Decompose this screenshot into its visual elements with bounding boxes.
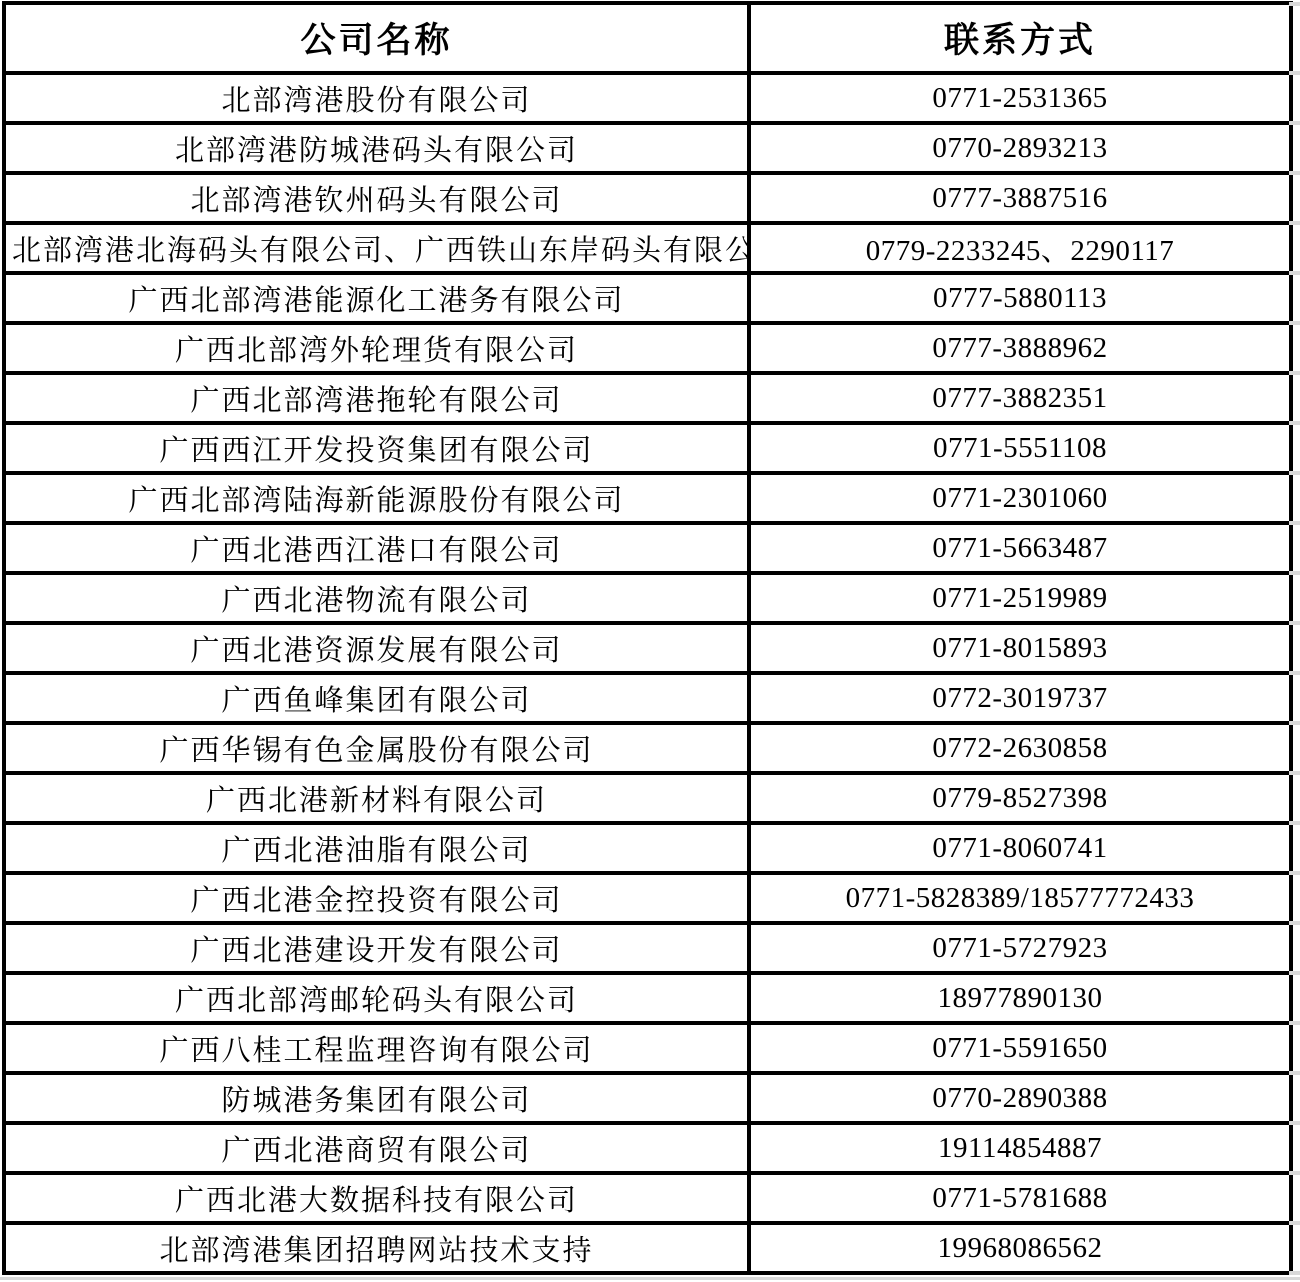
company-name-cell: 北部湾港股份有限公司 xyxy=(4,73,749,123)
table-row: 北部湾港股份有限公司 0771-2531365 xyxy=(4,73,1291,123)
table-row: 北部湾港北海码头有限公司、广西铁山东岸码头有限公司 0779-2233245、2… xyxy=(4,223,1291,273)
company-name-cell: 广西北港商贸有限公司 xyxy=(4,1123,749,1173)
table-row: 广西北港资源发展有限公司 0771-8015893 xyxy=(4,623,1291,673)
table-row: 北部湾港防城港码头有限公司 0770-2893213 xyxy=(4,123,1291,173)
table-row: 广西北部湾邮轮码头有限公司 18977890130 xyxy=(4,973,1291,1023)
company-name-column-header: 公司名称 xyxy=(4,3,749,73)
table-row: 广西北港建设开发有限公司 0771-5727923 xyxy=(4,923,1291,973)
company-name-cell: 广西北部湾港能源化工港务有限公司 xyxy=(4,273,749,323)
company-name-cell: 广西北港新材料有限公司 xyxy=(4,773,749,823)
table-row: 广西北港新材料有限公司 0779-8527398 xyxy=(4,773,1291,823)
contact-number-cell: 0771-5781688 xyxy=(749,1173,1291,1223)
table-row: 广西华锡有色金属股份有限公司 0772-2630858 xyxy=(4,723,1291,773)
company-name-cell: 北部湾港防城港码头有限公司 xyxy=(4,123,749,173)
company-name-cell: 广西北港油脂有限公司 xyxy=(4,823,749,873)
company-name-cell: 广西北部湾陆海新能源股份有限公司 xyxy=(4,473,749,523)
contact-table: 公司名称 联系方式 北部湾港股份有限公司 0771-2531365 北部湾港防城… xyxy=(2,1,1293,1275)
contact-number-cell: 0779-2233245、2290117 xyxy=(749,223,1291,273)
table-row: 广西鱼峰集团有限公司 0772-3019737 xyxy=(4,673,1291,723)
cropped-border-line-bottom xyxy=(0,1277,1300,1280)
contact-number-cell: 0771-2301060 xyxy=(749,473,1291,523)
table-row: 广西西江开发投资集团有限公司 0771-5551108 xyxy=(4,423,1291,473)
contact-number-cell: 19114854887 xyxy=(749,1123,1291,1173)
contact-number-cell: 18977890130 xyxy=(749,973,1291,1023)
contact-number-cell: 0777-3887516 xyxy=(749,173,1291,223)
contact-number-cell: 0770-2893213 xyxy=(749,123,1291,173)
contact-number-cell: 19968086562 xyxy=(749,1223,1291,1273)
company-name-cell: 广西北港金控投资有限公司 xyxy=(4,873,749,923)
contact-number-cell: 0771-8015893 xyxy=(749,623,1291,673)
company-name-cell: 广西鱼峰集团有限公司 xyxy=(4,673,749,723)
company-name-cell: 北部湾港集团招聘网站技术支持 xyxy=(4,1223,749,1273)
company-name-cell: 广西八桂工程监理咨询有限公司 xyxy=(4,1023,749,1073)
contact-number-cell: 0771-8060741 xyxy=(749,823,1291,873)
table-row: 广西北港油脂有限公司 0771-8060741 xyxy=(4,823,1291,873)
table-row: 广西北港西江港口有限公司 0771-5663487 xyxy=(4,523,1291,573)
company-name-cell: 广西北港资源发展有限公司 xyxy=(4,623,749,673)
company-name-cell: 广西北部湾邮轮码头有限公司 xyxy=(4,973,749,1023)
table-row: 广西北部湾陆海新能源股份有限公司 0771-2301060 xyxy=(4,473,1291,523)
table-row: 广西北港物流有限公司 0771-2519989 xyxy=(4,573,1291,623)
contact-number-cell: 0777-3882351 xyxy=(749,373,1291,423)
table-row: 广西北部湾外轮理货有限公司 0777-3888962 xyxy=(4,323,1291,373)
table-body: 北部湾港股份有限公司 0771-2531365 北部湾港防城港码头有限公司 07… xyxy=(4,73,1291,1273)
contact-number-cell: 0771-5727923 xyxy=(749,923,1291,973)
cropped-border-stub-top xyxy=(1289,2,1300,6)
header-row: 公司名称 联系方式 xyxy=(4,3,1291,73)
table-row: 广西北部湾港能源化工港务有限公司 0777-5880113 xyxy=(4,273,1291,323)
contact-number-cell: 0777-5880113 xyxy=(749,273,1291,323)
company-name-cell: 广西北部湾港拖轮有限公司 xyxy=(4,373,749,423)
contact-number-cell: 0771-2519989 xyxy=(749,573,1291,623)
company-name-cell: 广西北港大数据科技有限公司 xyxy=(4,1173,749,1223)
contact-number-cell: 0777-3888962 xyxy=(749,323,1291,373)
contact-number-cell: 0779-8527398 xyxy=(749,773,1291,823)
table-row: 广西八桂工程监理咨询有限公司 0771-5591650 xyxy=(4,1023,1291,1073)
company-name-cell: 广西北港物流有限公司 xyxy=(4,573,749,623)
company-name-cell: 北部湾港北海码头有限公司、广西铁山东岸码头有限公司 xyxy=(4,223,749,273)
company-name-cell: 广西北部湾外轮理货有限公司 xyxy=(4,323,749,373)
company-name-cell: 广西北港西江港口有限公司 xyxy=(4,523,749,573)
company-name-cell: 广西华锡有色金属股份有限公司 xyxy=(4,723,749,773)
table-row: 防城港务集团有限公司 0770-2890388 xyxy=(4,1073,1291,1123)
contact-number-cell: 0772-3019737 xyxy=(749,673,1291,723)
contact-number-cell: 0771-2531365 xyxy=(749,73,1291,123)
contact-method-column-header: 联系方式 xyxy=(749,3,1291,73)
company-name-cell: 广西北港建设开发有限公司 xyxy=(4,923,749,973)
cropped-border-stubs-right xyxy=(1289,71,1300,1276)
contact-number-cell: 0771-5551108 xyxy=(749,423,1291,473)
contact-number-cell: 0771-5663487 xyxy=(749,523,1291,573)
table-row: 广西北港商贸有限公司 19114854887 xyxy=(4,1123,1291,1173)
contact-number-cell: 0771-5591650 xyxy=(749,1023,1291,1073)
contact-table-container: 公司名称 联系方式 北部湾港股份有限公司 0771-2531365 北部湾港防城… xyxy=(2,1,1293,1275)
company-name-cell: 广西西江开发投资集团有限公司 xyxy=(4,423,749,473)
table-row: 北部湾港钦州码头有限公司 0777-3887516 xyxy=(4,173,1291,223)
table-row: 广西北港金控投资有限公司 0771-5828389/18577772433 xyxy=(4,873,1291,923)
table-row: 广西北部湾港拖轮有限公司 0777-3882351 xyxy=(4,373,1291,423)
company-name-cell: 防城港务集团有限公司 xyxy=(4,1073,749,1123)
contact-number-cell: 0771-5828389/18577772433 xyxy=(749,873,1291,923)
table-row: 北部湾港集团招聘网站技术支持 19968086562 xyxy=(4,1223,1291,1273)
contact-number-cell: 0772-2630858 xyxy=(749,723,1291,773)
contact-number-cell: 0770-2890388 xyxy=(749,1073,1291,1123)
company-name-cell: 北部湾港钦州码头有限公司 xyxy=(4,173,749,223)
table-row: 广西北港大数据科技有限公司 0771-5781688 xyxy=(4,1173,1291,1223)
